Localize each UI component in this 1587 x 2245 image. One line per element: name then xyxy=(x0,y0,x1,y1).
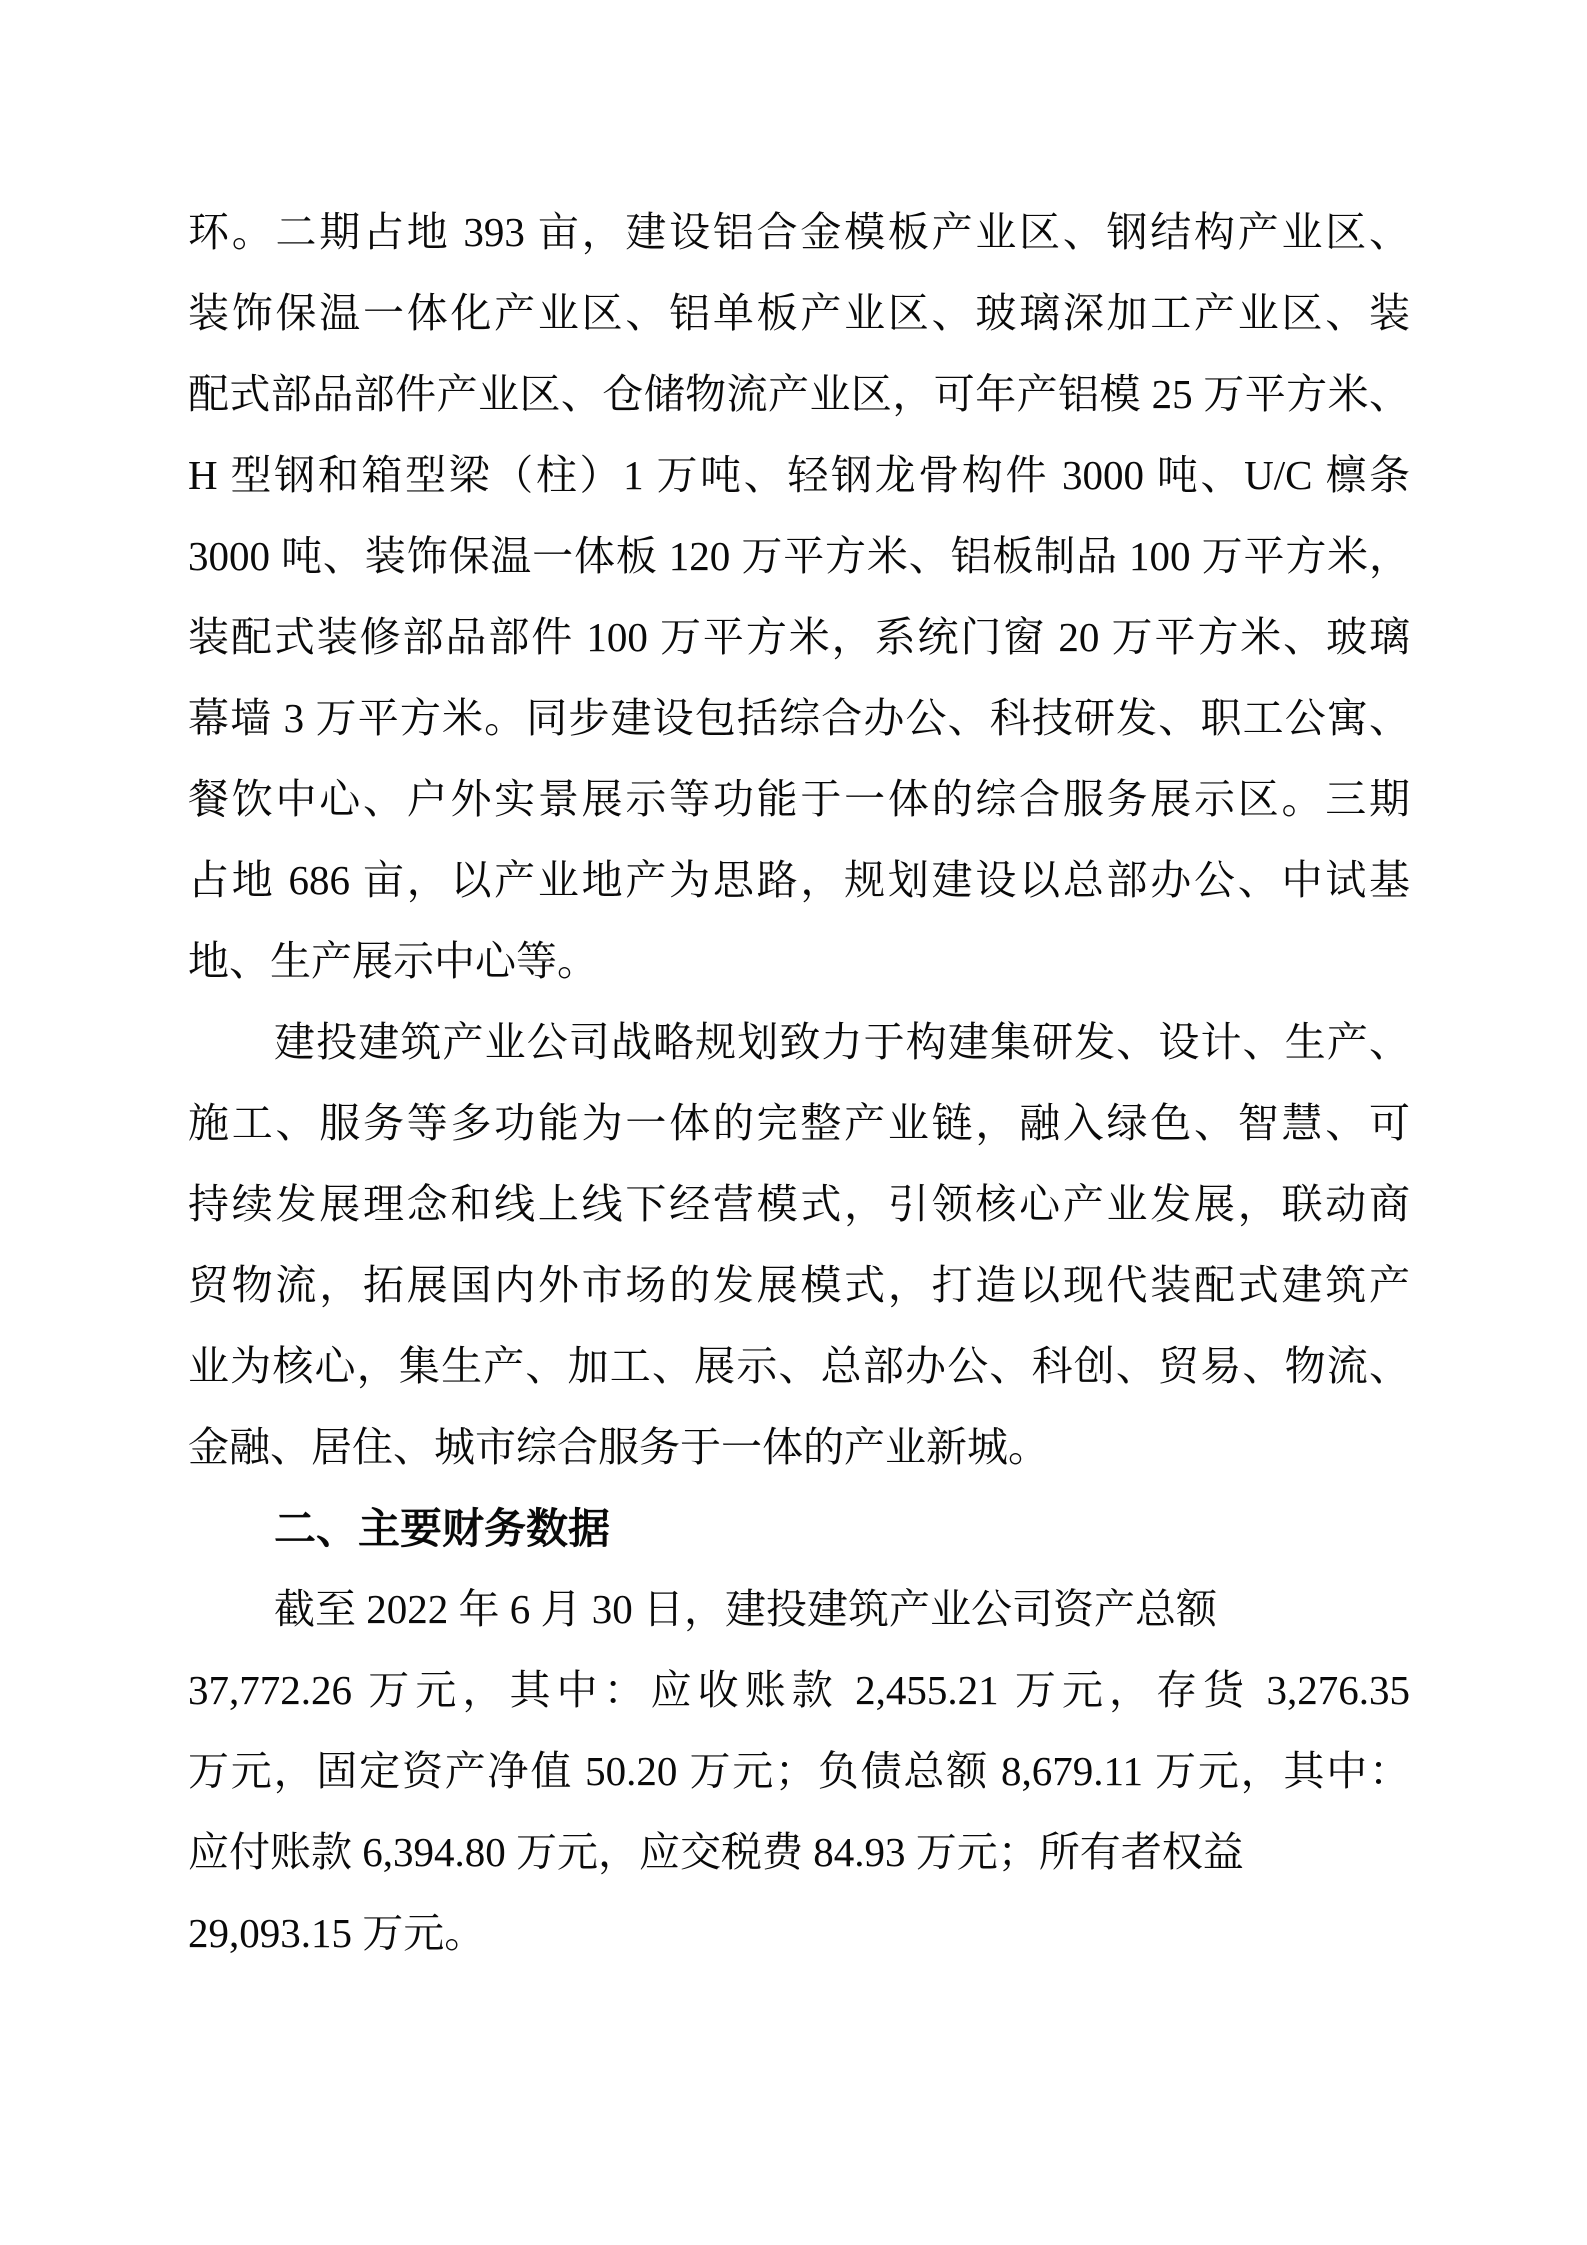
text-line: 幕墙 3 万平方米。同步建设包括综合办公、科技研发、职工公寓、 xyxy=(188,678,1410,759)
text-line: 持续发展理念和线上线下经营模式，引领核心产业发展，联动商 xyxy=(188,1164,1410,1245)
text-line: 截至 2022 年 6 月 30 日，建投建筑产业公司资产总额 xyxy=(188,1569,1410,1650)
text-line: 装饰保温一体化产业区、铝单板产业区、玻璃深加工产业区、装 xyxy=(188,273,1410,354)
text-line: 29,093.15 万元。 xyxy=(188,1893,1410,1974)
text-line: 餐饮中心、户外实景展示等功能于一体的综合服务展示区。三期 xyxy=(188,759,1410,840)
document-page: 环。二期占地 393 亩，建设铝合金模板产业区、钢结构产业区、装饰保温一体化产业… xyxy=(0,0,1587,2245)
text-line: 业为核心，集生产、加工、展示、总部办公、科创、贸易、物流、 xyxy=(188,1326,1410,1407)
text-line: 装配式装修部品部件 100 万平方米，系统门窗 20 万平方米、玻璃 xyxy=(188,597,1410,678)
text-line: 3000 吨、装饰保温一体板 120 万平方米、铝板制品 100 万平方米， xyxy=(188,516,1410,597)
text-line: H 型钢和箱型梁（柱）1 万吨、轻钢龙骨构件 3000 吨、U/C 檩条 xyxy=(188,435,1410,516)
section-heading: 二、主要财务数据 xyxy=(188,1488,1410,1569)
text-line: 建投建筑产业公司战略规划致力于构建集研发、设计、生产、 xyxy=(188,1002,1410,1083)
text-line: 万元，固定资产净值 50.20 万元；负债总额 8,679.11 万元，其中： xyxy=(188,1731,1410,1812)
text-block: 环。二期占地 393 亩，建设铝合金模板产业区、钢结构产业区、装饰保温一体化产业… xyxy=(188,192,1410,1974)
text-line: 37,772.26 万元，其中：应收账款 2,455.21 万元，存货 3,27… xyxy=(188,1650,1410,1731)
text-line: 配式部品部件产业区、仓储物流产业区，可年产铝模 25 万平方米、 xyxy=(188,354,1410,435)
text-line: 金融、居住、城市综合服务于一体的产业新城。 xyxy=(188,1407,1410,1488)
text-line: 应付账款 6,394.80 万元，应交税费 84.93 万元；所有者权益 xyxy=(188,1812,1410,1893)
text-line: 施工、服务等多功能为一体的完整产业链，融入绿色、智慧、可 xyxy=(188,1083,1410,1164)
text-line: 环。二期占地 393 亩，建设铝合金模板产业区、钢结构产业区、 xyxy=(188,192,1410,273)
text-line: 贸物流，拓展国内外市场的发展模式，打造以现代装配式建筑产 xyxy=(188,1245,1410,1326)
text-line: 占地 686 亩，以产业地产为思路，规划建设以总部办公、中试基 xyxy=(188,840,1410,921)
text-line: 地、生产展示中心等。 xyxy=(188,921,1410,1002)
